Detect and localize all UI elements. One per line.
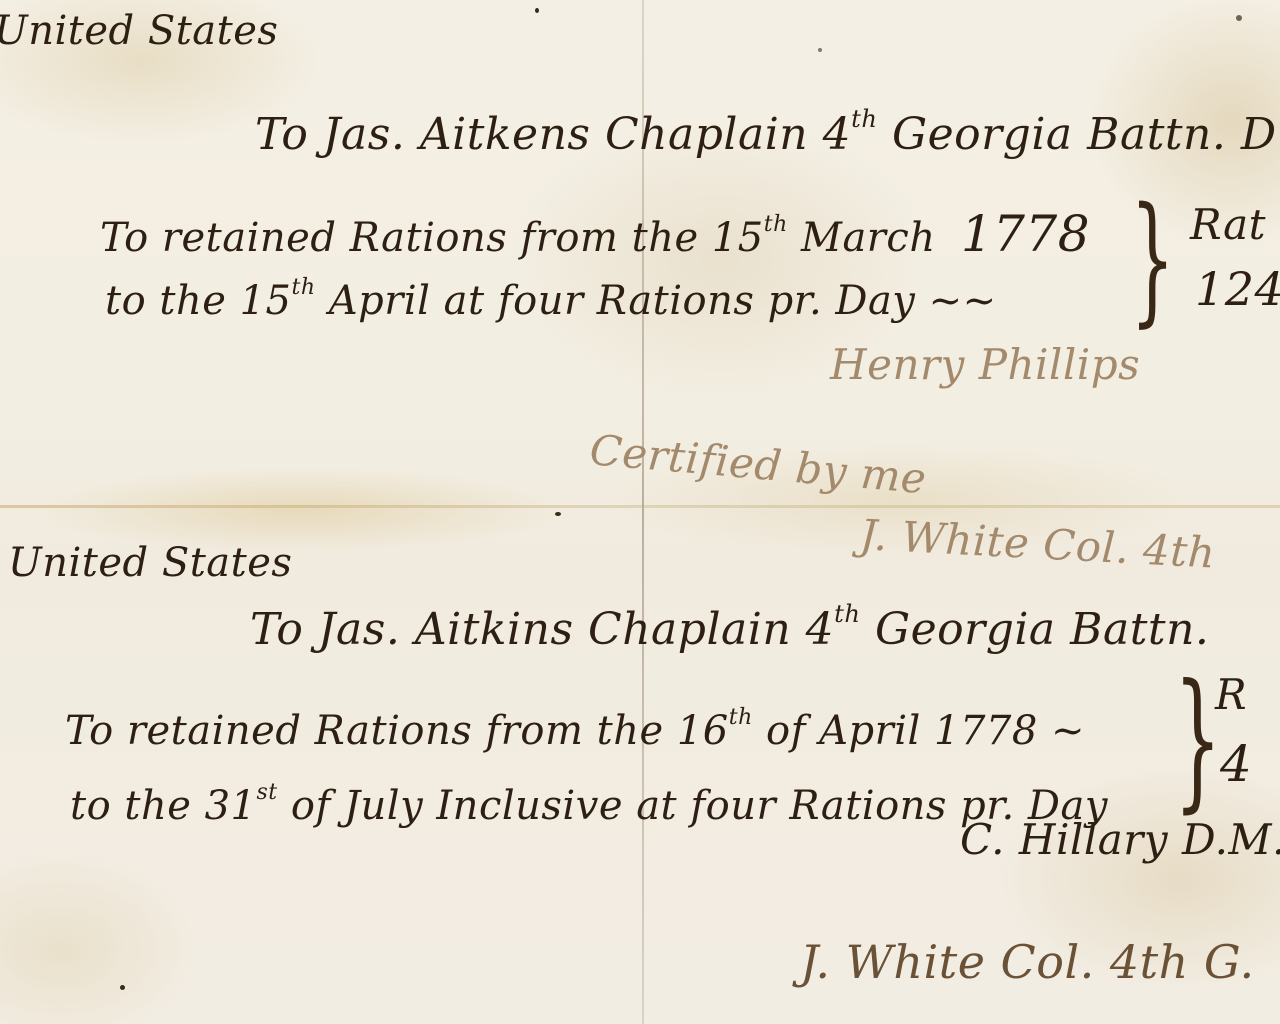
horizontal-fold-line — [0, 505, 1280, 508]
entry-2-heading: United States — [8, 540, 292, 586]
ink-blot — [818, 48, 822, 52]
payee-title: Chaplain — [605, 109, 808, 160]
entry-2-line-1: To retained Rations from the 16th of Apr… — [65, 705, 1085, 754]
entry-1-line-1: To retained Rations from the 15th March … — [100, 205, 1090, 263]
entry-2-signature: C. Hillary D.M. — [960, 815, 1280, 864]
entry-2-line-2: to the 31st of July Inclusive at four Ra… — [70, 780, 1108, 829]
entry-1-payee-line: To Jas. Aitkens Chaplain 4th Georgia Bat… — [255, 105, 1277, 160]
ink-blot — [555, 512, 561, 516]
payee-to: To Jas. — [255, 109, 405, 160]
entry-2-right-label: R — [1215, 670, 1247, 719]
entry-1-right-amount: 124 — [1195, 262, 1280, 316]
unit-name: Georgia Battn. — [892, 109, 1226, 160]
ink-blot — [535, 8, 539, 13]
entry-1-line-2: to the 15th April at four Rations pr. Da… — [105, 275, 997, 324]
entry-2-payee-line: To Jas. Aitkins Chaplain 4th Georgia Bat… — [250, 600, 1209, 655]
entry-2-right-amount: 4 — [1220, 735, 1252, 793]
payee-name: Aitkens — [420, 109, 591, 160]
entry-1-brace: } — [1130, 190, 1175, 330]
unit-number: 4 — [823, 109, 852, 160]
entry-1-year: 1778 — [961, 205, 1090, 263]
entry-1-heading: United States — [0, 8, 278, 54]
entry-1-right-label: Rat — [1190, 200, 1266, 249]
entry-1-signature: Henry Phillips — [830, 340, 1140, 389]
ink-blot — [120, 985, 125, 990]
entry-2-certifier: J. White Col. 4th G. — [800, 935, 1255, 989]
ink-blot — [1236, 15, 1242, 21]
